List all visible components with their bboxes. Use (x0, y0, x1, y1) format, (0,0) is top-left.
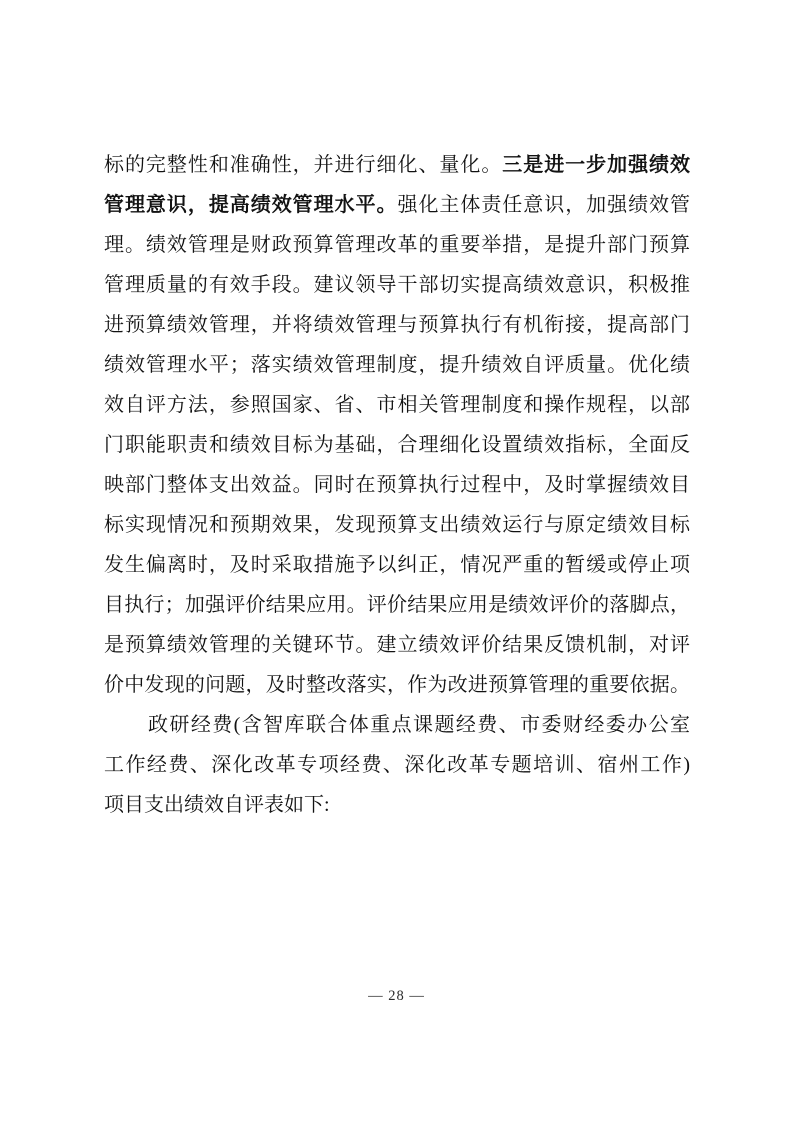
text-line: 映部门整体支出效益。同时在预算执行过程中，及时掌握绩效目 (104, 465, 690, 505)
text-segment: 映部门整体支出效益。同时在预算执行过程中，及时掌握绩效目 (104, 474, 690, 496)
text-segment: 管理质量的有效手段。建议领导干部切实提高绩效意识，积极推 (104, 274, 690, 296)
text-segment: 理。绩效管理是财政预算管理改革的重要举措，是提升部门预算 (104, 234, 690, 256)
page-footer: — 28 — (0, 986, 793, 1006)
document-body: 标的完整性和准确性，并进行细化、量化。三是进一步加强绩效管理意识，提高绩效管理水… (104, 145, 690, 825)
text-line: 工作经费、深化改革专项经费、深化改革专题培训、宿州工作) (104, 745, 690, 785)
text-line: 进预算绩效管理，并将绩效管理与预算执行有机衔接，提高部门 (104, 305, 690, 345)
bold-text-segment: 管理意识，提高绩效管理水平。 (104, 194, 397, 216)
text-line: 理。绩效管理是财政预算管理改革的重要举措，是提升部门预算 (104, 225, 690, 265)
text-segment: 进预算绩效管理，并将绩效管理与预算执行有机衔接，提高部门 (104, 314, 690, 336)
text-line: 效自评方法，参照国家、省、市相关管理制度和操作规程，以部 (104, 385, 690, 425)
text-segment: 标实现情况和预期效果，发现预算支出绩效运行与原定绩效目标 (104, 514, 690, 536)
page-number: — 28 — (368, 988, 425, 1004)
text-line: 发生偏离时，及时采取措施予以纠正，情况严重的暂缓或停止项 (104, 545, 690, 585)
text-segment: 效自评方法，参照国家、省、市相关管理制度和操作规程，以部 (104, 394, 690, 416)
text-segment: 强化主体责任意识，加强绩效管 (397, 194, 690, 216)
text-line: 绩效管理水平；落实绩效管理制度，提升绩效自评质量。优化绩 (104, 345, 690, 385)
text-segment: 绩效管理水平；落实绩效管理制度，提升绩效自评质量。优化绩 (104, 354, 690, 376)
text-segment: 门职能职责和绩效目标为基础，合理细化设置绩效指标，全面反 (104, 434, 690, 456)
text-segment: 目执行；加强评价结果应用。评价结果应用是绩效评价的落脚点， (104, 594, 690, 616)
document-page: 标的完整性和准确性，并进行细化、量化。三是进一步加强绩效管理意识，提高绩效管理水… (0, 0, 793, 1122)
text-line: 管理质量的有效手段。建议领导干部切实提高绩效意识，积极推 (104, 265, 690, 305)
text-line: 目执行；加强评价结果应用。评价结果应用是绩效评价的落脚点， (104, 585, 690, 625)
text-segment: 发生偏离时，及时采取措施予以纠正，情况严重的暂缓或停止项 (104, 554, 690, 576)
text-segment: 项目支出绩效自评表如下: (104, 794, 330, 816)
text-line: 是预算绩效管理的关键环节。建立绩效评价结果反馈机制，对评 (104, 625, 690, 665)
text-segment: 政研经费(含智库联合体重点课题经费、市委财经委办公室 (148, 714, 690, 736)
text-line: 价中发现的问题，及时整改落实，作为改进预算管理的重要依据。 (104, 665, 690, 705)
text-line: 项目支出绩效自评表如下: (104, 785, 690, 825)
text-segment: 标的完整性和准确性，并进行细化、量化。 (104, 154, 502, 176)
bold-text-segment: 三是进一步加强绩效 (502, 154, 690, 176)
text-segment: 是预算绩效管理的关键环节。建立绩效评价结果反馈机制，对评 (104, 634, 690, 656)
text-line: 标实现情况和预期效果，发现预算支出绩效运行与原定绩效目标 (104, 505, 690, 545)
text-line: 政研经费(含智库联合体重点课题经费、市委财经委办公室 (104, 705, 690, 745)
text-segment: 价中发现的问题，及时整改落实，作为改进预算管理的重要依据。 (104, 674, 690, 696)
text-line: 管理意识，提高绩效管理水平。强化主体责任意识，加强绩效管 (104, 185, 690, 225)
text-line: 标的完整性和准确性，并进行细化、量化。三是进一步加强绩效 (104, 145, 690, 185)
text-line: 门职能职责和绩效目标为基础，合理细化设置绩效指标，全面反 (104, 425, 690, 465)
text-segment: 工作经费、深化改革专项经费、深化改革专题培训、宿州工作) (104, 754, 690, 776)
